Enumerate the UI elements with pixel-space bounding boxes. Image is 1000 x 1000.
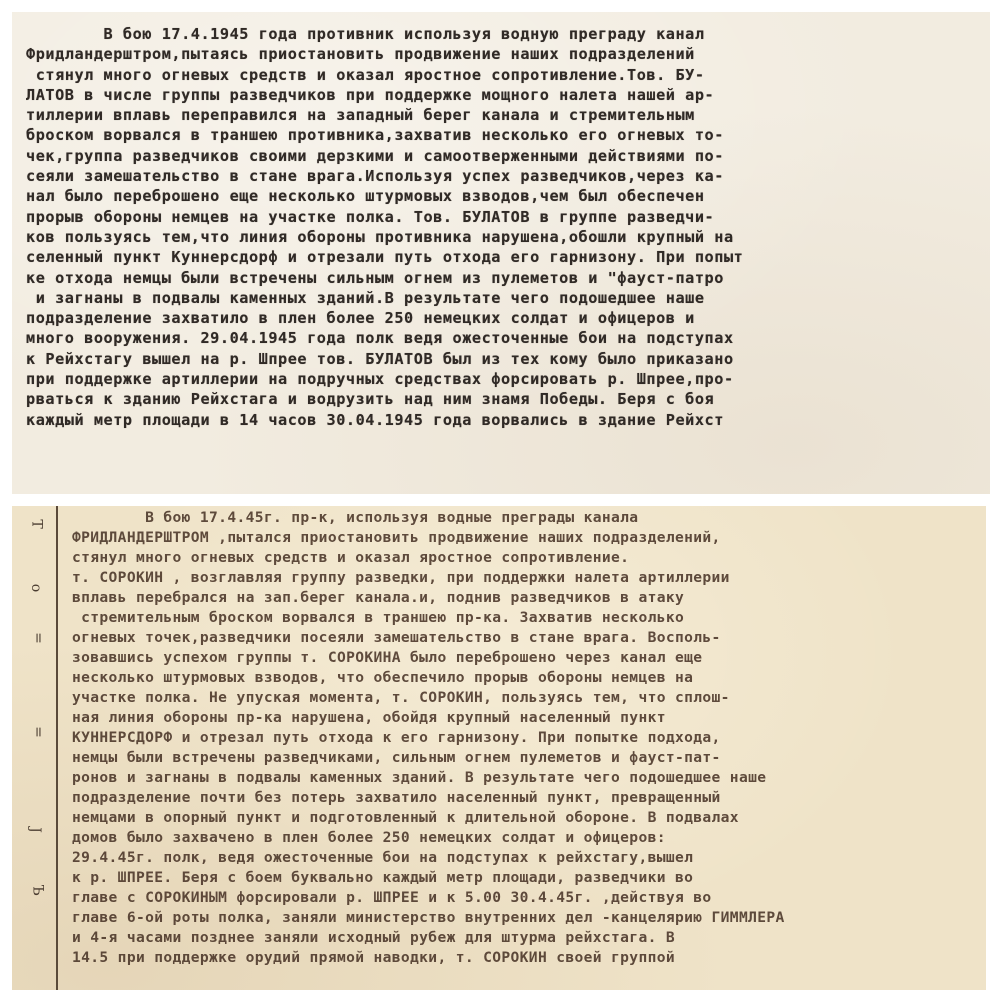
text-line: 14.5 при поддержке орудий прямой наводки…: [72, 948, 986, 968]
text-line: ке отхода немцы были встречены сильным о…: [26, 268, 990, 288]
text-line: при поддержке артиллерии на подручных ср…: [26, 369, 990, 389]
text-line: участке полка. Не упуская момента, т. СО…: [72, 688, 986, 708]
text-line: к р. ШПРЕЕ. Беря с боем буквально каждый…: [72, 868, 986, 888]
margin-rule-line: [56, 506, 58, 990]
text-line: В бою 17.4.1945 года противник используя…: [26, 24, 990, 44]
text-line: чек,группа разведчиков своими дерзкими и…: [26, 146, 990, 166]
text-line: селенный пункт Куннерсдорф и отрезали пу…: [26, 247, 990, 267]
text-line: 29.4.45г. полк, ведя ожесточенные бои на…: [72, 848, 986, 868]
text-line: ная линия обороны пр-ка нарушена, обойдя…: [72, 708, 986, 728]
margin-mark: Т: [29, 519, 45, 528]
text-line: В бою 17.4.45г. пр-к, используя водные п…: [72, 508, 986, 528]
text-line: сеяли замешательство в стане врага.Испол…: [26, 166, 990, 186]
margin-mark: о: [28, 584, 44, 592]
margin-mark: =: [30, 632, 46, 644]
text-line: ков пользуясь тем,что линия обороны прот…: [26, 227, 990, 247]
text-line: домов было захвачено в плен более 250 не…: [72, 828, 986, 848]
text-line: каждый метр площади в 14 часов 30.04.194…: [26, 410, 990, 430]
text-line: к Рейхстагу вышел на р. Шпрее тов. БУЛАТ…: [26, 349, 990, 369]
text-line: зовавшись успехом группы т. СОРОКИНА был…: [72, 648, 986, 668]
margin-mark: =: [30, 726, 46, 738]
margin-mark: Ъ: [30, 884, 46, 895]
document-scan-bottom: То==ЈЪ В бою 17.4.45г. пр-к, используя в…: [12, 506, 986, 990]
text-line: ронов и загнаны в подвалы каменных здани…: [72, 768, 986, 788]
margin-mark: Ј: [27, 827, 43, 833]
text-line: вплавь перебрался на зап.берег канала.и,…: [72, 588, 986, 608]
text-line: немцы были встречены разведчиками, сильн…: [72, 748, 986, 768]
image-divider: [0, 496, 1000, 504]
text-line: КУННЕРСДОРФ и отрезал путь отхода к его …: [72, 728, 986, 748]
text-line: стянул много огневых средств и оказал яр…: [72, 548, 986, 568]
text-line: главе с СОРОКИНЫМ форсировали р. ШПРЕЕ и…: [72, 888, 986, 908]
text-line: много вооружения. 29.04.1945 года полк в…: [26, 328, 990, 348]
text-line: ЛАТОВ в числе группы разведчиков при под…: [26, 85, 990, 105]
text-line: немцами в опорный пункт и подготовленный…: [72, 808, 986, 828]
text-line: подразделение захватило в плен более 250…: [26, 308, 990, 328]
text-line: броском ворвался в траншею противника,за…: [26, 125, 990, 145]
text-line: тиллерии вплавь переправился на западный…: [26, 105, 990, 125]
text-line: стремительным броском ворвался в траншею…: [72, 608, 986, 628]
text-line: и 4-я часами позднее заняли исходный руб…: [72, 928, 986, 948]
text-line: Фридландерштром,пытаясь приостановить пр…: [26, 44, 990, 64]
text-line: ФРИДЛАНДЕРШТРОМ ,пытался приостановить п…: [72, 528, 986, 548]
text-line: подразделение почти без потерь захватило…: [72, 788, 986, 808]
document-scan-top: В бою 17.4.1945 года противник используя…: [12, 12, 990, 494]
typed-text-block: В бою 17.4.1945 года противник используя…: [26, 24, 990, 430]
text-line: огневых точек,разведчики посеяли замешат…: [72, 628, 986, 648]
text-line: главе 6-ой роты полка, заняли министерст…: [72, 908, 986, 928]
text-line: и загнаны в подвалы каменных зданий.В ре…: [26, 288, 990, 308]
text-line: т. СОРОКИН , возглавляя группу разведки,…: [72, 568, 986, 588]
text-line: нал было переброшено еще несколько штурм…: [26, 186, 990, 206]
typed-text-block: В бою 17.4.45г. пр-к, используя водные п…: [72, 508, 986, 968]
text-line: стянул много огневых средств и оказал яр…: [26, 65, 990, 85]
text-line: прорыв обороны немцев на участке полка. …: [26, 207, 990, 227]
text-line: рваться к зданию Рейхстага и водрузить н…: [26, 389, 990, 409]
text-line: несколько штурмовых взводов, что обеспеч…: [72, 668, 986, 688]
